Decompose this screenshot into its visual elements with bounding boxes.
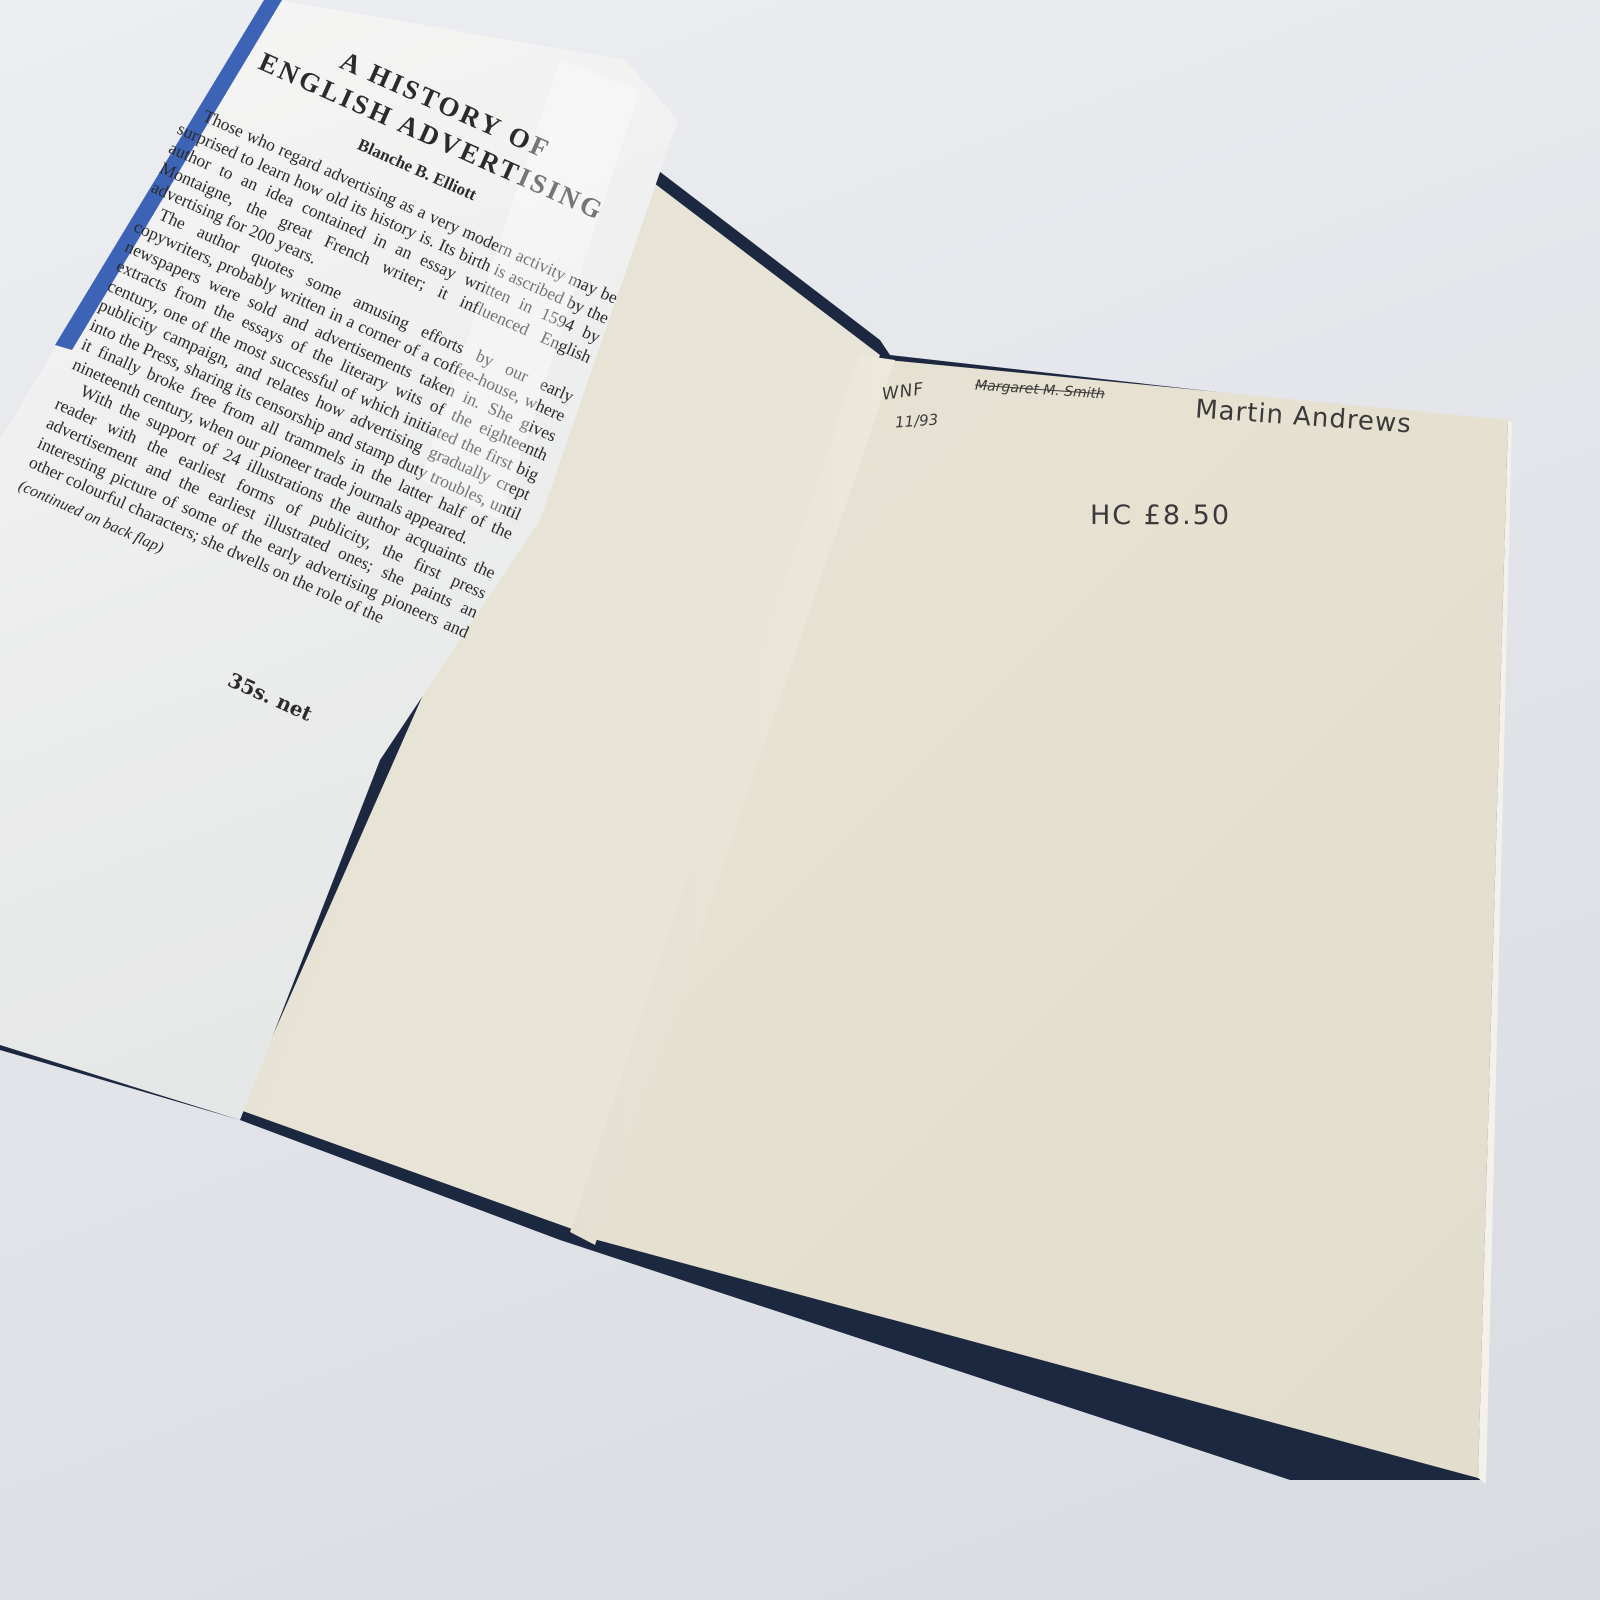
book-photo: A HISTORY OF ENGLISH ADVERTISING Blanche… <box>0 0 1600 1600</box>
inscription-date: 11/93 <box>894 411 938 432</box>
inscription-price: HC £8.50 <box>1090 500 1231 531</box>
